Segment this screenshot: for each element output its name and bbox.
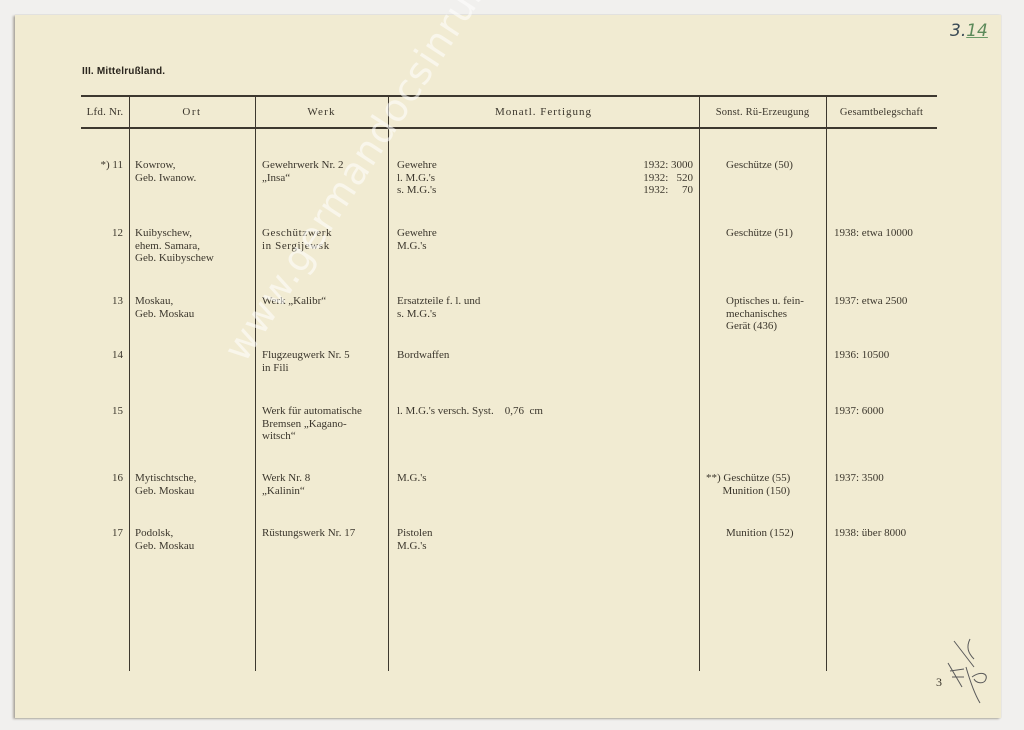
row-15-werk: Werk für automatische Bremsen „Kagano- w… [262,405,362,443]
document-page: 3.14 III. Mittelrußland. Lfd. Nr. Ort We… [15,15,1001,718]
row-11-sonst: Geschütze (50) [726,159,793,172]
row-14-werk: Flugzeugwerk Nr. 5 in Fili [262,349,350,374]
bottom-page-number: 3 [936,675,942,690]
row-17-ort: Podolsk, Geb. Moskau [135,527,194,552]
row-12-ort: Kuibyschew, ehem. Samara, Geb. Kuibysche… [135,227,214,265]
header-werk: Werk [255,96,388,129]
row-13-fertigung: Ersatzteile f. l. und s. M.G.'s [397,295,480,320]
row-11-werk: Gewehrwerk Nr. 2 „Insa“ [262,159,344,184]
row-13-belegschaft: 1937: etwa 2500 [834,295,907,308]
row-15-fertigung: l. M.G.'s versch. Syst. 0,76 cm [397,405,543,418]
row-12-sonst: Geschütze (51) [726,227,793,240]
row-16-ort: Mytischtsche, Geb. Moskau [135,472,196,497]
row-14-belegschaft: 1936: 10500 [834,349,889,362]
row-15-belegschaft: 1937: 6000 [834,405,884,418]
row-11-ort: Kowrow, Geb. Iwanow. [135,159,196,184]
header-sonst-rue-erzeugung: Sonst. Rü-Erzeugung [699,96,826,129]
row-14-fertigung: Bordwaffen [397,349,449,362]
column-divider-1 [129,96,130,671]
column-divider-4 [699,96,700,671]
row-14-nr: 14 [81,349,123,362]
row-12-werk: Geschützwerk in Sergijewsk [262,227,332,252]
header-gesamtbelegschaft: Gesamtbelegschaft [826,96,937,129]
row-13-werk: Werk „Kalibr“ [262,295,326,308]
row-15-nr: 15 [81,405,123,418]
row-12-fertigung: Gewehre M.G.'s [397,227,437,252]
row-16-werk: Werk Nr. 8 „Kalinin“ [262,472,310,497]
column-divider-2 [255,96,256,671]
row-17-nr: 17 [81,527,123,540]
column-divider-3 [388,96,389,671]
row-12-nr: 12 [81,227,123,240]
row-16-nr: 16 [81,472,123,485]
watermark-text: www.germandocsinrussia.org [215,0,570,369]
handwritten-initials-icon [940,637,1000,707]
row-11-fertigung-values: 1932: 3000 1932: 520 1932: 70 [615,159,693,197]
row-16-fertigung: M.G.'s [397,472,427,485]
handwritten-page-reference: 3.14 [950,21,988,41]
header-lfd-nr: Lfd. Nr. [81,96,129,129]
row-17-sonst: Munition (152) [726,527,794,540]
row-16-belegschaft: 1937: 3500 [834,472,884,485]
row-13-ort: Moskau, Geb. Moskau [135,295,194,320]
page-ref-number: 14 [966,21,988,41]
row-16-sonst: **) Geschütze (55) Munition (150) [706,472,790,497]
row-11-fertigung: Gewehre l. M.G.'s s. M.G.'s [397,159,437,197]
page-ref-prefix: 3. [950,21,966,41]
column-divider-5 [826,96,827,671]
row-12-belegschaft: 1938: etwa 10000 [834,227,913,240]
row-17-fertigung: Pistolen M.G.'s [397,527,432,552]
header-monatl-fertigung: Monatl. Fertigung [388,96,699,129]
row-13-nr: 13 [81,295,123,308]
section-title: III. Mittelrußland. [82,66,165,77]
row-13-sonst: Optisches u. fein- mechanisches Gerät (4… [726,295,804,333]
row-17-werk: Rüstungswerk Nr. 17 [262,527,355,540]
row-17-belegschaft: 1938: über 8000 [834,527,906,540]
header-ort: Ort [129,96,255,129]
row-11-nr: *) 11 [81,159,123,172]
